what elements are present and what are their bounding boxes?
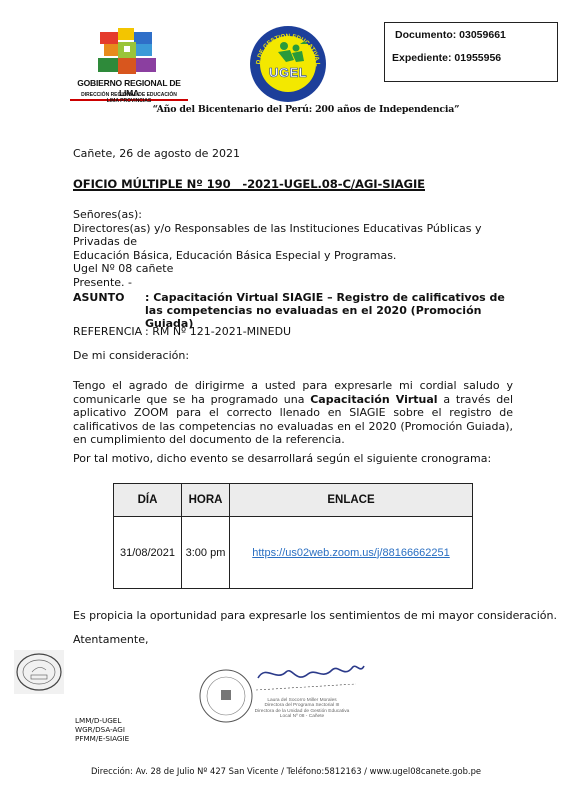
greeting: De mi consideración:: [73, 349, 189, 363]
signature-caption: Laura del Socorro Miller Morales Directo…: [252, 698, 352, 720]
zoom-link[interactable]: https://us02web.zoom.us/j/88166662251: [252, 547, 450, 559]
recipient-line: Señores(as):: [73, 208, 523, 222]
schedule-header-row: DÍA HORA ENLACE: [114, 484, 473, 517]
recipient-line: Directores(as) y/o Responsables de las I…: [73, 222, 523, 249]
gore-mosaic-icon: [96, 28, 158, 76]
header-enlace: ENLACE: [230, 484, 473, 517]
recipient-block: Señores(as): Directores(as) y/o Responsa…: [73, 208, 523, 290]
header-dia: DÍA: [114, 484, 182, 517]
signature-scribble-icon: [258, 666, 364, 678]
header-hora: HORA: [182, 484, 230, 517]
documento-number: Documento: 03059661: [395, 29, 506, 41]
reference-initials: LMM/D-UGEL WGR/DSA-AGI PFMM/E-SIAGIE: [75, 717, 129, 743]
recipient-line: Presente. -: [73, 276, 523, 290]
document-number-box: Documento: 03059661 Expediente: 01955956: [384, 22, 558, 82]
cell-hora: 3:00 pm: [182, 517, 230, 589]
ugel-inner-disc: UGEL: [260, 36, 316, 92]
referencia-label: REFERENCIA: [73, 325, 142, 339]
recipient-line: Educación Básica, Educación Básica Espec…: [73, 249, 523, 263]
body-bold-text: Capacitación Virtual: [310, 393, 437, 406]
table-row: 31/08/2021 3:00 pm https://us02web.zoom.…: [114, 517, 473, 589]
asunto-label: ASUNTO: [73, 291, 124, 304]
oficio-title: OFICIO MÚLTIPLE Nº 190 -2021-UGEL.08-C/A…: [73, 177, 425, 191]
ugel-wordmark: UGEL: [260, 65, 316, 80]
closing: Atentamente,: [73, 633, 148, 647]
expediente-number: Expediente: 01955956: [392, 52, 501, 64]
ugel-logo: UNIDAD DE GESTION EDUCATIVA LOCAL Nº 08 …: [250, 26, 326, 102]
signer-title: Local Nº 08 - Cañete: [252, 714, 352, 719]
gore-subtitle: DIRECCIÓN REGIONAL DE EDUCACIÓN LIMA PRO…: [70, 92, 188, 104]
children-figures-icon: [260, 36, 316, 92]
referencia-text: : RM Nº 121-2021-MINEDU: [145, 325, 291, 339]
body-paragraph-2: Por tal motivo, dicho evento se desarrol…: [73, 452, 491, 466]
cell-dia: 31/08/2021: [114, 517, 182, 589]
recipient-line: Ugel Nº 08 cañete: [73, 262, 523, 276]
reference-line: PFMM/E-SIAGIE: [75, 735, 129, 744]
cell-enlace: https://us02web.zoom.us/j/88166662251: [230, 517, 473, 589]
closing-sentence: Es propicia la oportunidad para expresar…: [73, 609, 557, 623]
place-date: Cañete, 26 de agosto de 2021: [73, 147, 240, 161]
year-motto: “Año del Bicentenario del Perú: 200 años…: [146, 104, 466, 115]
footer-address: Dirección: Av. 28 de Julio Nº 427 San Vi…: [0, 766, 572, 776]
reception-seal-icon: [14, 650, 64, 694]
schedule-table: DÍA HORA ENLACE 31/08/2021 3:00 pm https…: [113, 483, 473, 589]
gobierno-regional-logo: GOBIERNO REGIONAL DE LIMA DIRECCIÓN REGI…: [70, 28, 190, 98]
reception-seal: [14, 650, 64, 694]
signature-block: Laura del Socorro Miller Morales Directo…: [196, 660, 396, 730]
body-paragraph-1: Tengo el agrado de dirigirme a usted par…: [73, 379, 513, 447]
